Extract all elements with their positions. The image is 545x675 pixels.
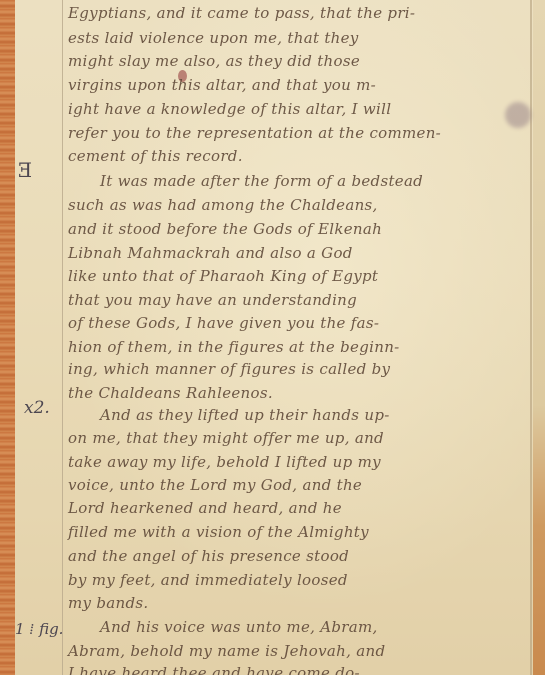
text-line: I have heard thee and have come do- (68, 664, 360, 675)
water-stain (505, 102, 531, 128)
page-edge-right (533, 0, 545, 675)
text-line: Abram, behold my name is Jehovah, and (68, 642, 385, 660)
margin-note-fig-2: ⅹ2. (24, 398, 50, 418)
text-line: and the angel of his presence stood (68, 547, 349, 565)
wood-table-edge-left (0, 0, 15, 675)
text-line: And as they lifted up their hands up- (100, 406, 390, 424)
text-line: that you may have an understanding (68, 291, 357, 309)
margin-note-fig-3: Ǝ (18, 158, 31, 182)
text-line: such as was had among the Chaldeans, (68, 196, 378, 214)
text-line: take away my life, behold I lifted up my (68, 453, 381, 471)
text-line: And his voice was unto me, Abram, (100, 618, 378, 636)
text-line: might slay me also, as they did those (68, 52, 360, 70)
text-line: on me, that they might offer me up, and (68, 429, 384, 447)
margin-note-fig-1: 1 ⁞ fig. (15, 620, 63, 639)
text-line: Egyptians, and it came to pass, that the… (68, 4, 415, 22)
text-line: the Chaldeans Rahleenos. (68, 384, 273, 402)
text-line: my bands. (68, 594, 148, 612)
text-line: filled me with a vision of the Almighty (68, 523, 369, 541)
text-line: voice, unto the Lord my God, and the (68, 476, 362, 494)
text-line: virgins upon this altar, and that you m- (68, 76, 376, 94)
text-line: hion of them, in the figures at the begi… (68, 338, 400, 356)
text-line: Libnah Mahmackrah and also a God (68, 244, 353, 262)
text-line: cement of this record. (68, 147, 243, 165)
text-line: refer you to the representation at the c… (68, 124, 441, 142)
text-line: ing, which manner of figures is called b… (68, 360, 390, 378)
text-line: by my feet, and immediately loosed (68, 571, 348, 589)
margin-rule (62, 0, 63, 675)
text-line: ests laid violence upon me, that they (68, 29, 359, 47)
text-line: of these Gods, I have given you the fas- (68, 314, 379, 332)
text-line: Lord hearkened and heard, and he (68, 499, 342, 517)
text-line: and it stood before the Gods of Elkenah (68, 220, 382, 238)
text-line: It was made after the form of a bedstead (100, 172, 423, 190)
text-line: like unto that of Pharaoh King of Egypt (68, 267, 378, 285)
right-margin-rule (530, 0, 532, 675)
text-line: ight have a knowledge of this altar, I w… (68, 100, 391, 118)
